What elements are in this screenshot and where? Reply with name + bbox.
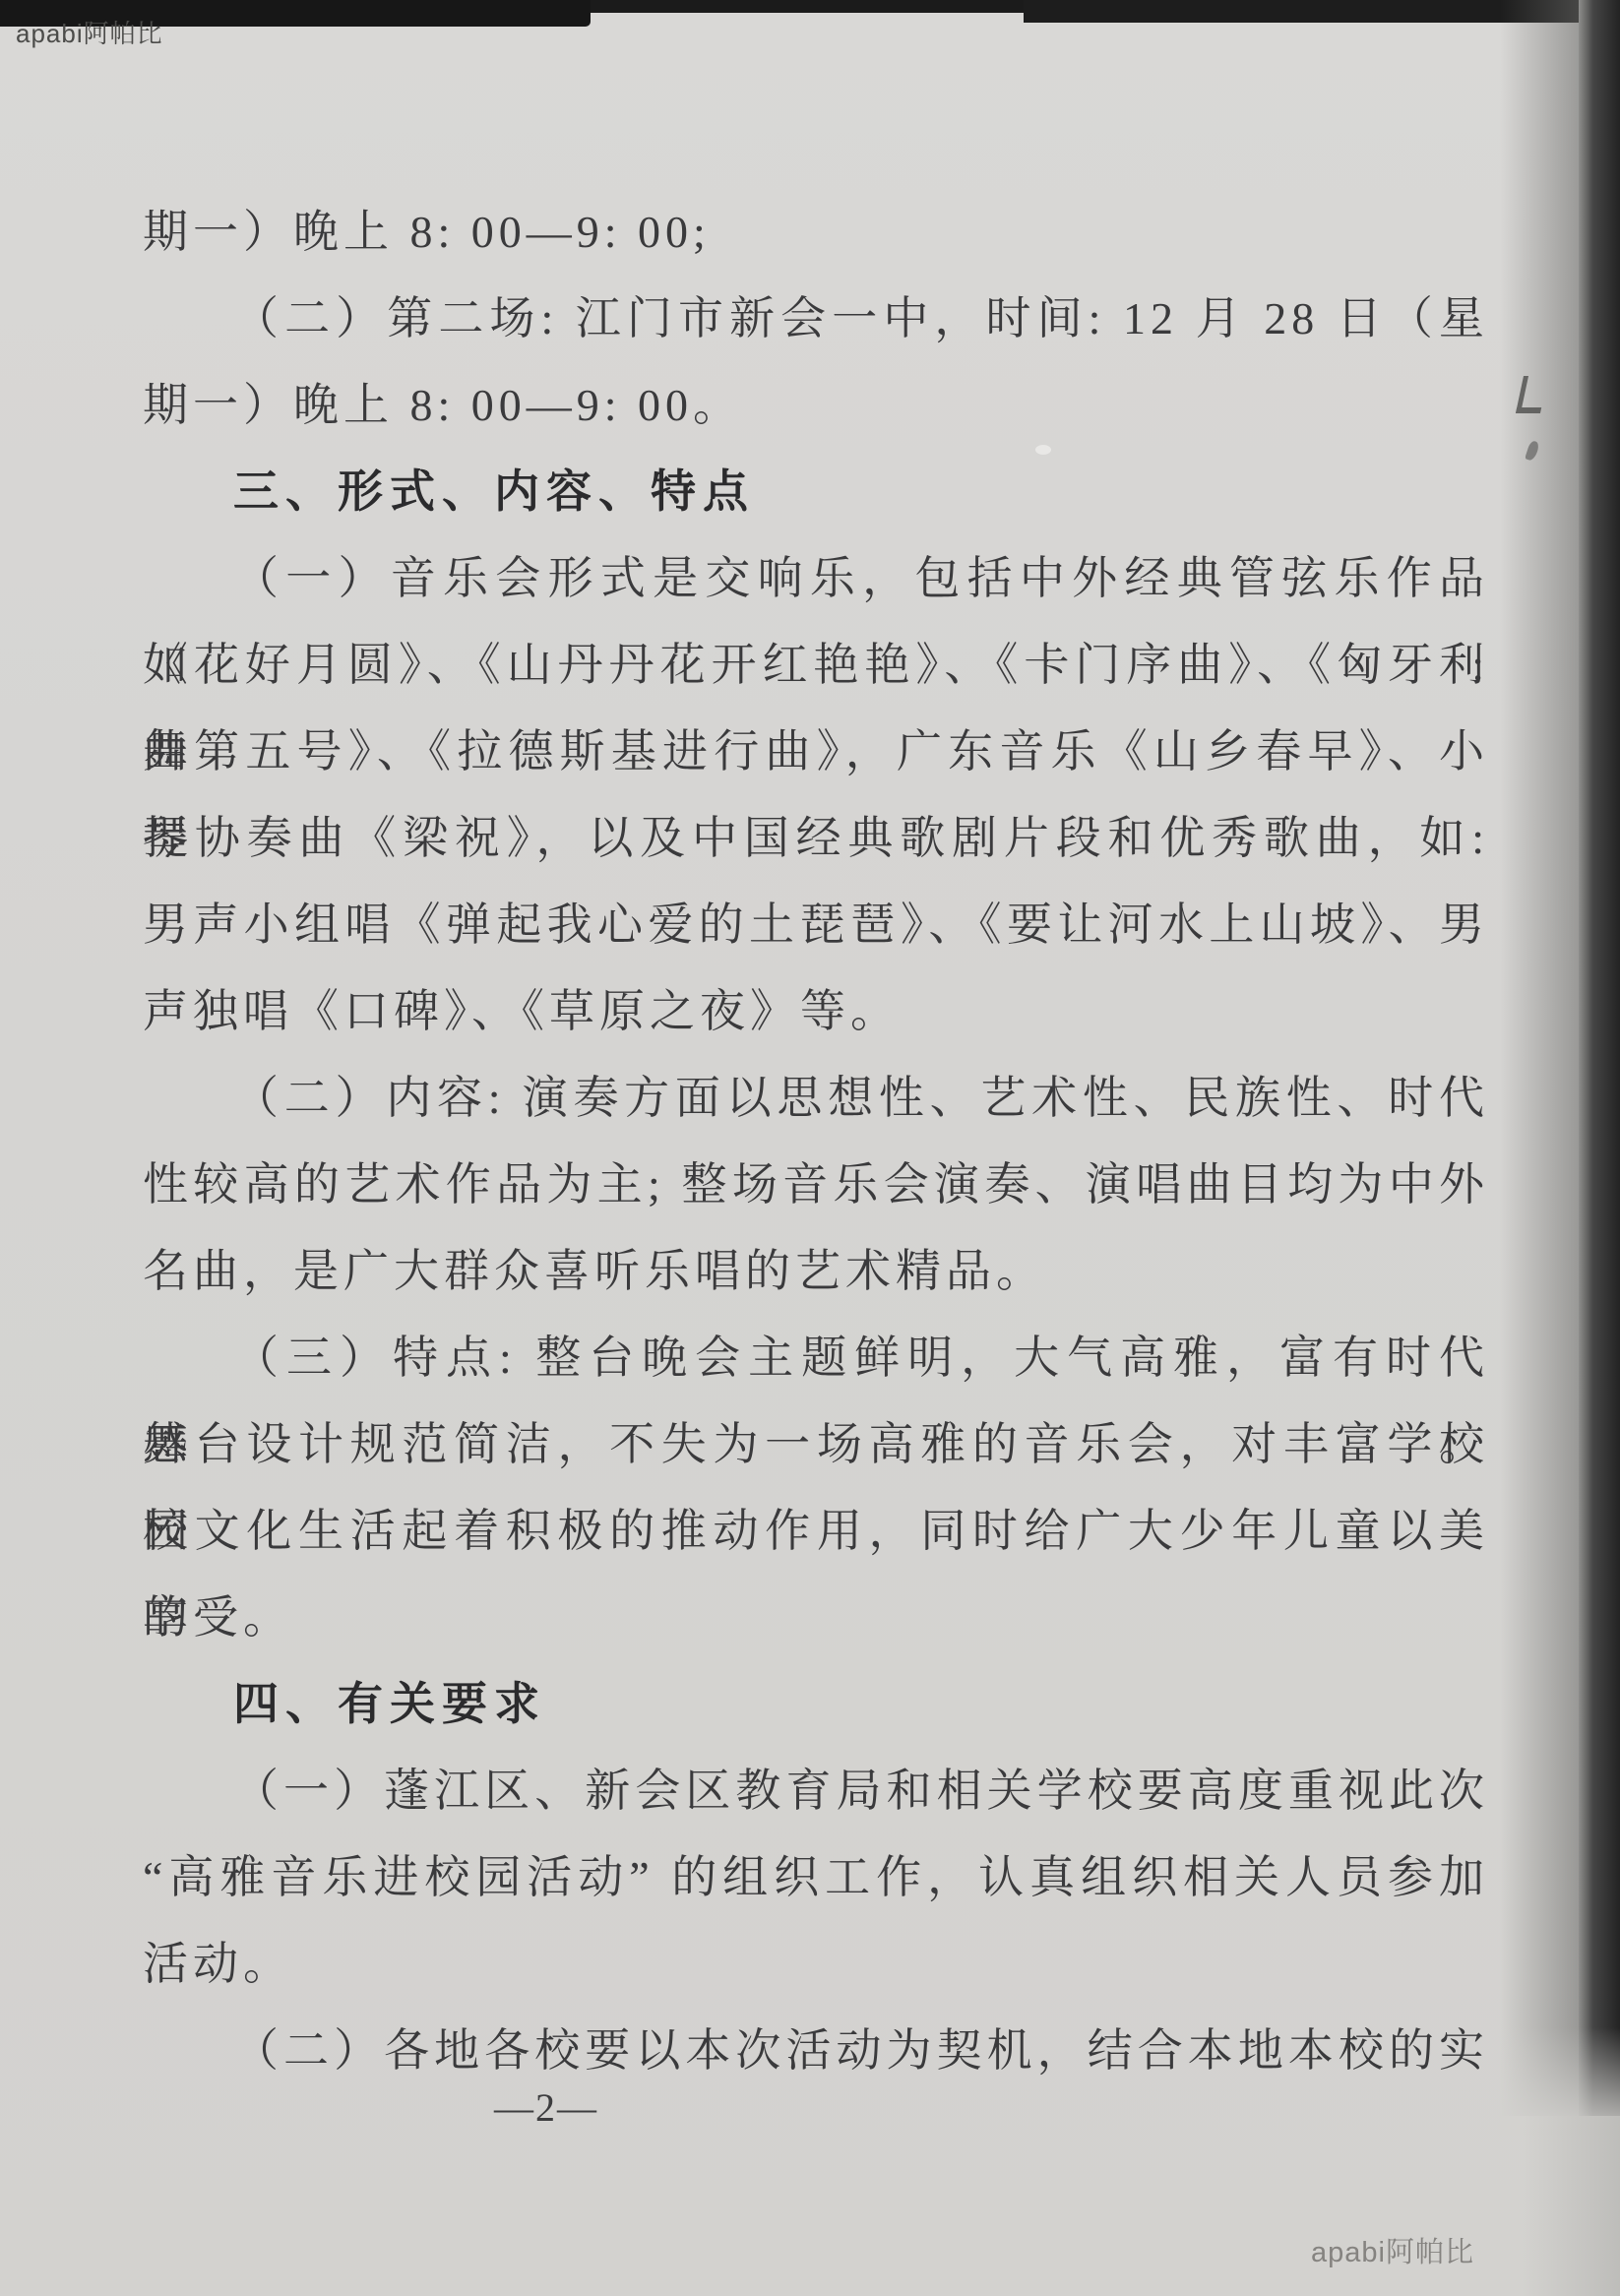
apabi-watermark-top: apabi阿帕比	[16, 14, 163, 50]
scan-edge-right	[1579, 0, 1620, 2116]
apabi-watermark-bottom: apabi阿帕比	[1311, 2230, 1474, 2270]
text-line: 《花好月圆》、《山丹丹花开红艳艳》、《卡门序曲》、《匈牙利舞	[143, 622, 1489, 709]
text-line: 期一）晚上 8: 00—9: 00;	[143, 189, 1489, 276]
scan-artifact-white-spot	[1035, 445, 1051, 455]
scan-corner-bottom-right	[1522, 2116, 1620, 2296]
text-line: 期一）晚上 8: 00—9: 00。	[143, 362, 1489, 449]
text-line: 男声小组唱《弹起我心爱的土琵琶》、《要让河水上山坡》、男	[143, 882, 1489, 968]
text-line: 名曲，是广大群众喜听乐唱的艺术精品。	[143, 1228, 1489, 1315]
heading-line: 四、有关要求	[143, 1661, 1489, 1748]
text-line: 园文化生活起着积极的推动作用，同时给广大少年儿童以美的	[143, 1488, 1489, 1575]
text-line: 曲第五号》、《拉德斯基进行曲》，广东音乐《山乡春早》、小提	[143, 709, 1489, 795]
text-line: 琴协奏曲《梁祝》，以及中国经典歌剧片段和优秀歌曲，如:	[143, 795, 1489, 882]
text-line: （一）音乐会形式是交响乐，包括中外经典管弦乐作品如:	[143, 535, 1489, 622]
text-line: （三）特点: 整台晚会主题鲜明，大气高雅，富有时代感。	[143, 1315, 1489, 1401]
scan-edge-right-shadow	[1500, 0, 1579, 2116]
text-line: 享受。	[143, 1575, 1489, 1661]
scanned-document-page: apabi阿帕比 期一）晚上 8: 00—9: 00;（二）第二场: 江门市新会…	[0, 0, 1620, 2296]
text-line: （一）蓬江区、新会区教育局和相关学校要高度重视此次	[143, 1748, 1489, 1834]
text-line: 声独唱《口碑》、《草原之夜》等。	[143, 968, 1489, 1055]
text-line: （二）内容: 演奏方面以思想性、艺术性、民族性、时代	[143, 1055, 1489, 1142]
page-number: —2—	[494, 2084, 598, 2131]
text-line: 活动。	[143, 1921, 1489, 2008]
text-line: 舞台设计规范简洁，不失为一场高雅的音乐会，对丰富学校校	[143, 1401, 1489, 1488]
text-line: 性较高的艺术作品为主; 整场音乐会演奏、演唱曲目均为中外	[143, 1142, 1489, 1228]
text-line: （二）各地各校要以本次活动为契机，结合本地本校的实	[143, 2008, 1489, 2094]
text-line: （二）第二场: 江门市新会一中，时间: 12 月 28 日（星	[143, 276, 1489, 362]
text-line: “高雅音乐进校园活动” 的组织工作，认真组织相关人员参加	[143, 1834, 1489, 1921]
text-block: 期一）晚上 8: 00—9: 00;（二）第二场: 江门市新会一中，时间: 12…	[143, 189, 1489, 2094]
heading-line: 三、形式、内容、特点	[143, 449, 1489, 535]
